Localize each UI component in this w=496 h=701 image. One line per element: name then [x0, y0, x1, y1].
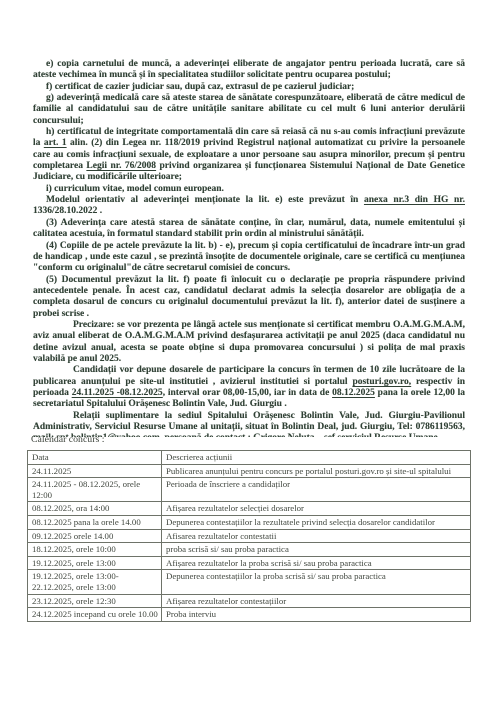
calendar-row: 09.12.2025 orele 14.00Afisarea rezultate…	[28, 529, 471, 543]
date-cell: 24.11.2025 - 08.12.2025, orele 12:00	[28, 478, 162, 502]
action-cell: Depunerea contestațiilor la rezultatele …	[162, 515, 471, 529]
underlined-text: 24.11.2025 -08.12.2025	[72, 388, 163, 398]
text-run: i) curriculum vitae, model comun europea…	[46, 184, 224, 194]
action-cell: Perioada de înscriere a candidaților	[162, 478, 471, 502]
text-run: f) certificat de cazier judiciar sau, du…	[46, 82, 354, 92]
date-cell: 18.12.2025, orele 10:00	[28, 543, 162, 557]
underlined-text: Legii nr. 76/2008	[86, 161, 156, 171]
text-run: 1336/28.10.2022 .	[33, 206, 102, 216]
date-cell: 19.12.2025, orele 13:00	[28, 556, 162, 570]
text-run: (5) Documentul prevăzut la lit. f) poate…	[33, 275, 465, 319]
paragraph: i) curriculum vitae, model comun europea…	[33, 184, 465, 195]
underlined-text: anexa nr.3 din HG nr.	[364, 195, 465, 205]
calendar-row: 18.12.2025, orele 10:00 proba scrisă si/…	[28, 543, 471, 557]
paragraph: (4) Copiile de pe actele prevăzute la li…	[33, 241, 465, 275]
action-cell: Proba interviu	[162, 608, 471, 622]
date-cell: 23.12.2025, orele 12:30	[28, 594, 162, 608]
calendar-row: 24.11.2025Publicarea anunțului pentru co…	[28, 464, 471, 478]
scanned-document-page: e) copia carnetului de muncă, a adeverin…	[0, 0, 496, 701]
underlined-text: posturi.gov.ro,	[352, 377, 411, 387]
paragraph: f) certificat de cazier judiciar sau, du…	[33, 82, 465, 93]
calendar-row: 19.12.2025, orele 13:00- 22.12.2025, ore…	[28, 570, 471, 594]
text-run: e) copia carnetului de muncă, a adeverin…	[33, 59, 465, 80]
date-cell: 08.12.2025, ora 14:00	[28, 502, 162, 516]
calendar-row: 08.12.2025 pana la orele 14.00Depunerea …	[28, 515, 471, 529]
document-body: e) copia carnetului de muncă, a adeverin…	[33, 59, 465, 437]
paragraph: Precizare: se vor prezenta pe lângă acte…	[33, 320, 465, 365]
text-run: Precizare: se vor prezenta pe lângă acte…	[33, 320, 465, 364]
calendar-row: 24.12.2025 incepand cu orele 10.00Proba …	[28, 608, 471, 622]
text-run: , interval orar 08,00-15,00, iar in data…	[163, 388, 332, 398]
paragraph: e) copia carnetului de muncă, a adeverin…	[33, 59, 465, 82]
paragraph: Candidații vor depune dosarele de partic…	[33, 365, 465, 410]
action-cell: Publicarea anunțului pentru concurs pe p…	[162, 464, 471, 478]
column-header-data: Data	[28, 451, 162, 465]
underlined-text: 08.12.2025	[332, 388, 375, 398]
paragraph: (5) Documentul prevăzut la lit. f) poate…	[33, 275, 465, 320]
calendar-table-body: 24.11.2025Publicarea anunțului pentru co…	[28, 464, 471, 621]
action-cell: Afișarea rezultatelor selecției dosarelo…	[162, 502, 471, 516]
date-cell: 24.11.2025	[28, 464, 162, 478]
underlined-text: art. 1	[44, 138, 67, 148]
calendar-heading: Calendar concurs :	[31, 434, 104, 445]
action-cell: proba scrisă si/ sau proba paractica	[162, 543, 471, 557]
paragraph: Modelul orientativ al adeverinței mențio…	[33, 195, 465, 218]
text-run: Modelul orientativ al adeverinței mențio…	[46, 195, 364, 205]
calendar-row: 19.12.2025, orele 13:00Afișarea rezultat…	[28, 556, 471, 570]
action-cell: Afisarea rezultatelor contestatii	[162, 529, 471, 543]
calendar-row: 08.12.2025, ora 14:00Afișarea rezultatel…	[28, 502, 471, 516]
calendar-row: 23.12.2025, orele 12:30Afișarea rezultat…	[28, 594, 471, 608]
date-cell: 19.12.2025, orele 13:00- 22.12.2025, ore…	[28, 570, 162, 594]
calendar-row: 24.11.2025 - 08.12.2025, orele 12:00Peri…	[28, 478, 471, 502]
text-run: (3) Adeverința care atestă starea de săn…	[33, 218, 465, 239]
text-run: (4) Copiile de pe actele prevăzute la li…	[33, 241, 465, 274]
action-cell: Depunerea contestațiilor la proba scrisă…	[162, 570, 471, 594]
action-cell: Afișarea rezultatelor contestațiilor	[162, 594, 471, 608]
date-cell: 09.12.2025 orele 14.00	[28, 529, 162, 543]
paragraph: (3) Adeverința care atestă starea de săn…	[33, 218, 465, 241]
date-cell: 08.12.2025 pana la orele 14.00	[28, 515, 162, 529]
table-header-row: Data Descrierea acțiunii	[28, 451, 471, 465]
column-header-descriere: Descrierea acțiunii	[162, 451, 471, 465]
text-run: g) adeverință medicală care să ateste st…	[33, 93, 465, 126]
action-cell: Afișarea rezultatelor la proba scrisă si…	[162, 556, 471, 570]
paragraph: h) certificatul de integritate comportam…	[33, 127, 465, 184]
paragraph: g) adeverință medicală care să ateste st…	[33, 93, 465, 127]
date-cell: 24.12.2025 incepand cu orele 10.00	[28, 608, 162, 622]
calendar-table: Data Descrierea acțiunii 24.11.2025Publi…	[27, 450, 471, 622]
